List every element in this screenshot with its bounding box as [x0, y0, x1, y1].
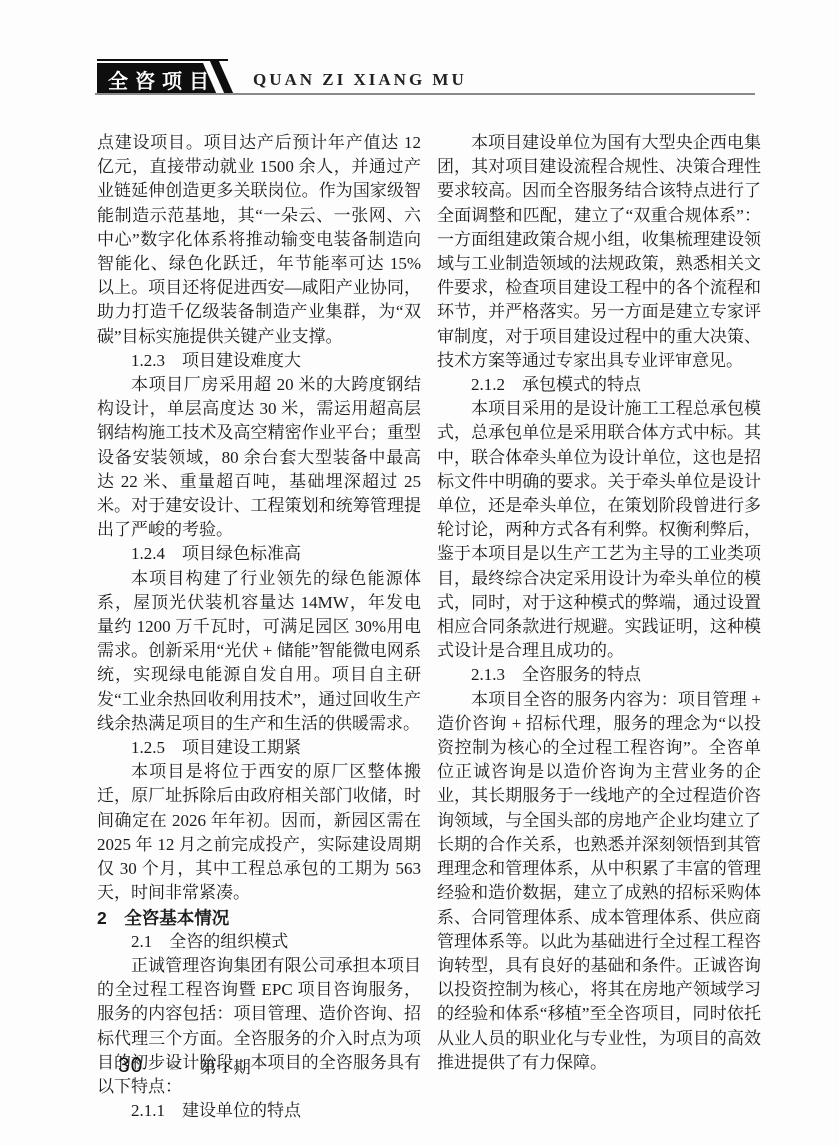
page-number: 30 [118, 1054, 143, 1078]
heading-1-2-3: 1.2.3 项目建设难度大 [97, 349, 421, 373]
issue-label: 第 1 期 [200, 1053, 251, 1078]
article-body: 点建设项目。项目达产后预计年产值达 12 亿元，直接带动就业 1500 余人，并… [97, 131, 761, 1123]
heading-2-1: 2.1 全咨的组织模式 [97, 930, 421, 954]
right-column: 本项目建设单位为国有大型央企西电集团，其对项目建设流程合规性、决策合理性要求较高… [437, 131, 761, 1123]
header-rule [95, 93, 755, 95]
paragraph: 本项目构建了行业领先的绿色能源体系，屋顶光伏装机容量达 14MW，年发电量约 1… [97, 567, 421, 736]
paragraph: 本项目建设单位为国有大型央企西电集团，其对项目建设流程合规性、决策合理性要求较高… [437, 131, 761, 373]
section-banner-pinyin: QUAN ZI XIANG MU [253, 70, 467, 90]
heading-1-2-5: 1.2.5 项目建设工期紧 [97, 736, 421, 760]
paragraph: 本项目厂房采用超 20 米的大跨度钢结构设计，单层高度达 30 米，需运用超高层… [97, 373, 421, 542]
heading-1-2-4: 1.2.4 项目绿色标准高 [97, 542, 421, 566]
section-banner: 全咨项目 [97, 63, 217, 95]
heading-2-1-2: 2.1.2 承包模式的特点 [437, 373, 761, 397]
heading-2-1-3: 2.1.3 全咨服务的特点 [437, 663, 761, 687]
paragraph-continued: 点建设项目。项目达产后预计年产值达 12 亿元，直接带动就业 1500 余人，并… [97, 131, 421, 349]
paragraph: 本项目全咨的服务内容为：项目管理 + 造价咨询 + 招标代理，服务的理念为“以投… [437, 688, 761, 1075]
paragraph: 本项目采用的是设计施工工程总承包模式，总承包单位是采用联合体方式中标。其中，联合… [437, 397, 761, 663]
left-column: 点建设项目。项目达产后预计年产值达 12 亿元，直接带动就业 1500 余人，并… [97, 131, 421, 1123]
document-page: 全咨项目 QUAN ZI XIANG MU 点建设项目。项目达产后预计年产值达 … [0, 0, 839, 1146]
heading-2: 2 全咨基本情况 [97, 906, 421, 930]
banner-top-line [97, 59, 228, 61]
paragraph: 本项目是将位于西安的原厂区整体搬迁，原厂址拆除后由政府相关部门收储，时间确定在 … [97, 760, 421, 905]
heading-2-1-1: 2.1.1 建设单位的特点 [97, 1099, 421, 1123]
section-banner-label: 全咨项目 [108, 65, 216, 94]
pointing-hand-icon: ☜ [165, 1056, 179, 1076]
page-footer: 30 ☜ 第 1 期 [118, 1053, 251, 1078]
